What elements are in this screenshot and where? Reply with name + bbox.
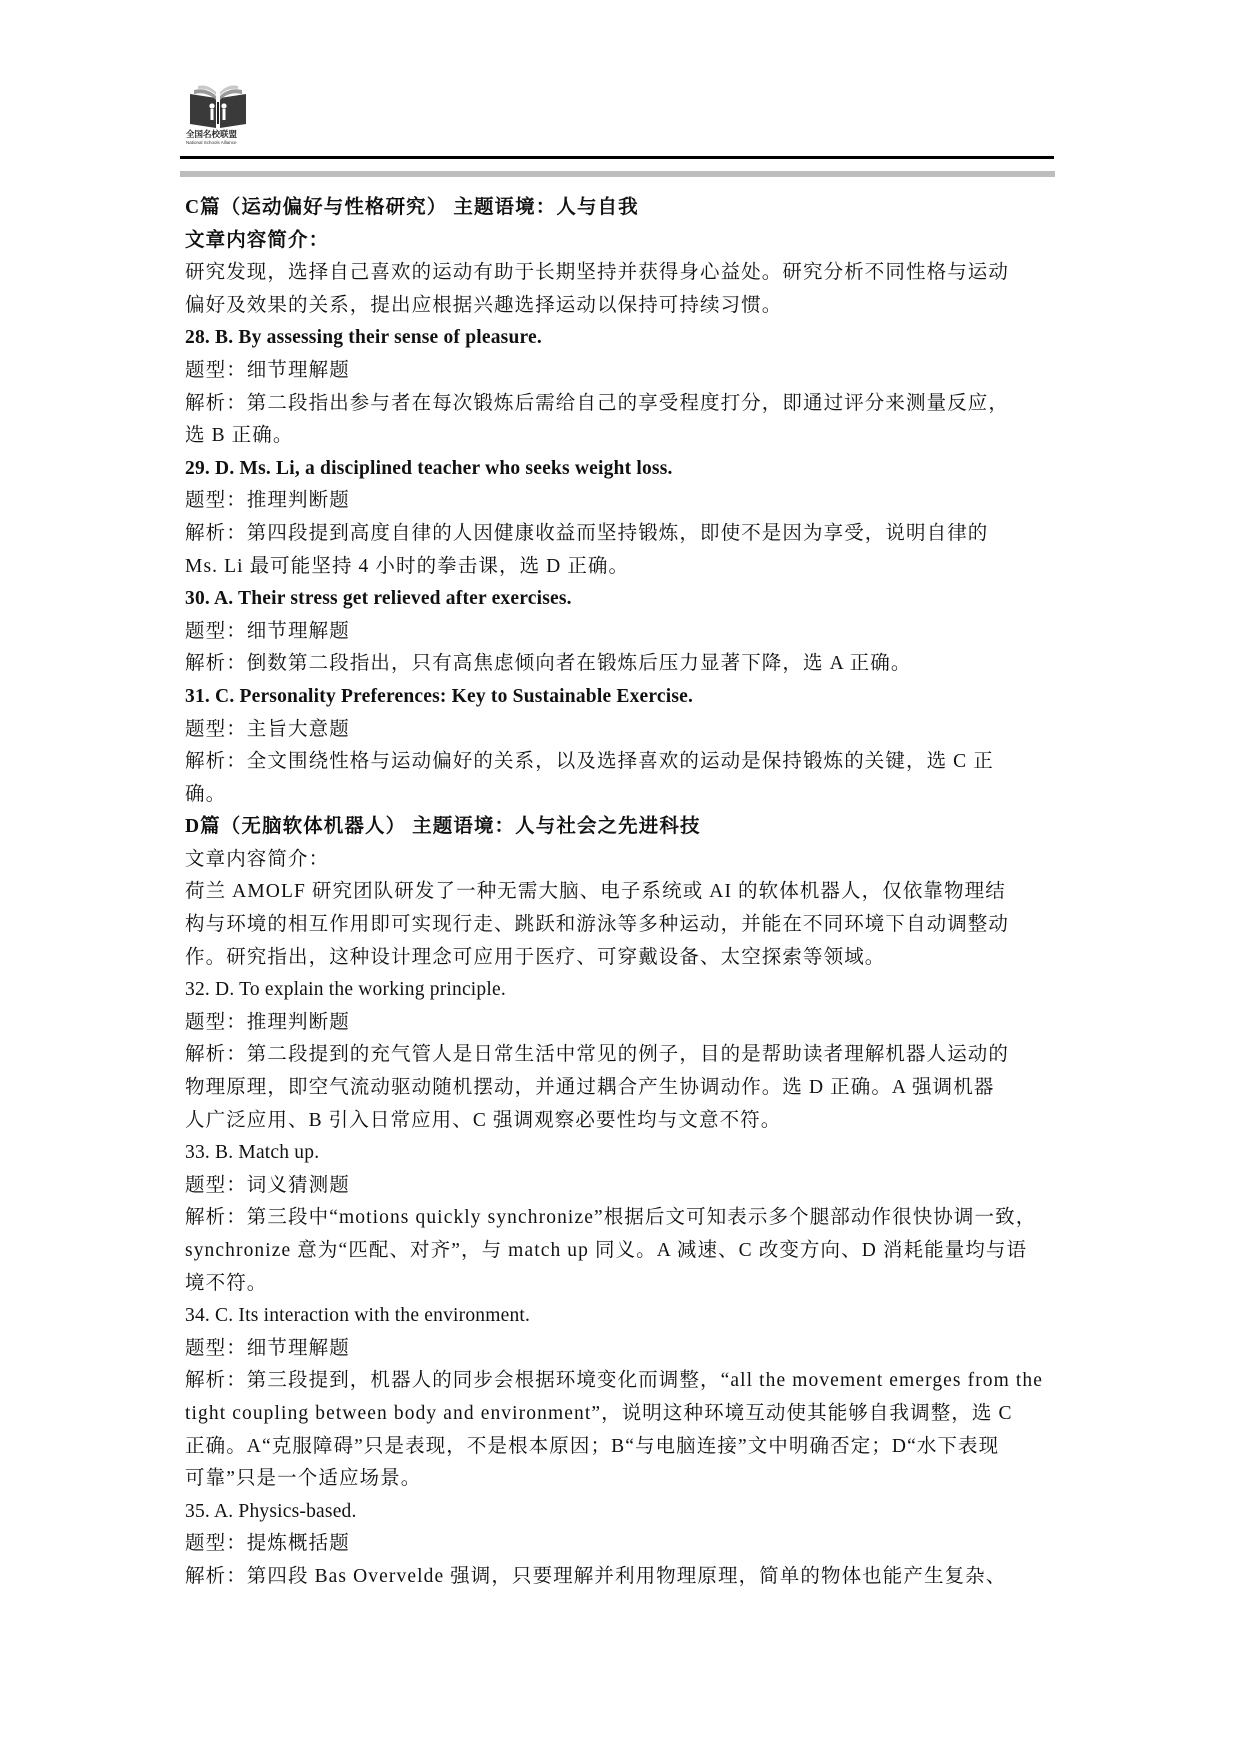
question-34: 34. C. Its interaction with the environm…	[185, 1300, 1055, 1496]
question-30: 30. A. Their stress get relieved after e…	[185, 583, 1055, 681]
analysis-line: 物理原理，即空气流动驱动随机摆动，并通过耦合产生协调动作。选 D 正确。A 强调…	[185, 1072, 1055, 1105]
analysis-line: 解析：第三段提到，机器人的同步会根据环境变化而调整，“all the movem…	[185, 1365, 1055, 1398]
question-type: 题型：主旨大意题	[185, 714, 1055, 747]
analysis-line: synchronize 意为“匹配、对齐”，与 match up 同义。A 减速…	[185, 1235, 1055, 1268]
question-type: 题型：提炼概括题	[185, 1528, 1055, 1561]
question-35: 35. A. Physics-based. 题型：提炼概括题 解析：第四段 Ba…	[185, 1496, 1055, 1594]
summary-line: 作。研究指出，这种设计理念可应用于医疗、可穿戴设备、太空探索等领域。	[185, 942, 1055, 975]
analysis-line: 正确。A“克服障碍”只是表现，不是根本原因；B“与电脑连接”文中明确否定；D“水…	[185, 1431, 1055, 1464]
analysis-line: 人广泛应用、B 引入日常应用、C 强调观察必要性均与文意不符。	[185, 1105, 1055, 1138]
analysis-line: 解析：倒数第二段指出，只有高焦虑倾向者在锻炼后压力显著下降，选 A 正确。	[185, 648, 1055, 681]
open-book-with-people-icon	[186, 84, 250, 128]
header-rule-black	[180, 156, 1054, 159]
analysis-line: 境不符。	[185, 1268, 1055, 1301]
analysis-line: 解析：第四段提到高度自律的人因健康收益而坚持锻炼，即使不是因为享受，说明自律的	[185, 518, 1055, 551]
header-rule-grey	[180, 171, 1055, 177]
question-33: 33. B. Match up. 题型：词义猜测题 解析：第三段中“motion…	[185, 1137, 1055, 1300]
section-d: D篇（无脑软体机器人） 主题语境：人与社会之先进科技 文章内容简介： 荷兰 AM…	[185, 811, 1055, 1593]
answer-line: 31. C. Personality Preferences: Key to S…	[185, 681, 1055, 714]
analysis-line: 解析：第二段指出参与者在每次锻炼后需给自己的享受程度打分，即通过评分来测量反应，	[185, 388, 1055, 421]
analysis-line: 选 B 正确。	[185, 420, 1055, 453]
answer-line: 34. C. Its interaction with the environm…	[185, 1300, 1055, 1333]
summary-line: 偏好及效果的关系，提出应根据兴趣选择运动以保持可持续习惯。	[185, 290, 1055, 323]
question-type: 题型：词义猜测题	[185, 1170, 1055, 1203]
analysis-line: 解析：全文围绕性格与运动偏好的关系，以及选择喜欢的运动是保持锻炼的关键，选 C …	[185, 746, 1055, 779]
school-alliance-logo: 全国名校联盟 National Schools Alliance	[186, 84, 250, 150]
analysis-line: Ms. Li 最可能坚持 4 小时的拳击课，选 D 正确。	[185, 551, 1055, 584]
analysis-line: tight coupling between body and environm…	[185, 1398, 1055, 1431]
analysis-line: 解析：第三段中“motions quickly synchronize”根据后文…	[185, 1202, 1055, 1235]
summary-label: 文章内容简介：	[185, 225, 1055, 258]
summary-line: 荷兰 AMOLF 研究团队研发了一种无需大脑、电子系统或 AI 的软体机器人，仅…	[185, 876, 1055, 909]
answer-line: 30. A. Their stress get relieved after e…	[185, 583, 1055, 616]
analysis-line: 确。	[185, 779, 1055, 812]
logo-name-cn: 全国名校联盟	[186, 128, 250, 140]
logo-name-en: National Schools Alliance	[186, 140, 256, 145]
question-type: 题型：推理判断题	[185, 1007, 1055, 1040]
section-c: C篇（运动偏好与性格研究） 主题语境：人与自我 文章内容简介： 研究发现，选择自…	[185, 192, 1055, 811]
section-title: C篇（运动偏好与性格研究） 主题语境：人与自我	[185, 192, 1055, 225]
question-type: 题型：细节理解题	[185, 616, 1055, 649]
summary-line: 研究发现，选择自己喜欢的运动有助于长期坚持并获得身心益处。研究分析不同性格与运动	[185, 257, 1055, 290]
question-28: 28. B. By assessing their sense of pleas…	[185, 322, 1055, 452]
analysis-line: 解析：第二段提到的充气管人是日常生活中常见的例子，目的是帮助读者理解机器人运动的	[185, 1039, 1055, 1072]
answer-line: 33. B. Match up.	[185, 1137, 1055, 1170]
question-type: 题型：推理判断题	[185, 485, 1055, 518]
analysis-line: 可靠”只是一个适应场景。	[185, 1463, 1055, 1496]
answer-key-content: C篇（运动偏好与性格研究） 主题语境：人与自我 文章内容简介： 研究发现，选择自…	[185, 192, 1055, 1594]
question-29: 29. D. Ms. Li, a disciplined teacher who…	[185, 453, 1055, 583]
analysis-line: 解析：第四段 Bas Overvelde 强调，只要理解并利用物理原理，简单的物…	[185, 1561, 1055, 1594]
question-type: 题型：细节理解题	[185, 1333, 1055, 1366]
question-32: 32. D. To explain the working principle.…	[185, 974, 1055, 1137]
question-31: 31. C. Personality Preferences: Key to S…	[185, 681, 1055, 811]
summary-line: 构与环境的相互作用即可实现行走、跳跃和游泳等多种运动，并能在不同环境下自动调整动	[185, 909, 1055, 942]
document-page: 全国名校联盟 National Schools Alliance C篇（运动偏好…	[0, 0, 1241, 1754]
answer-line: 35. A. Physics-based.	[185, 1496, 1055, 1529]
section-title: D篇（无脑软体机器人） 主题语境：人与社会之先进科技	[185, 811, 1055, 844]
question-type: 题型：细节理解题	[185, 355, 1055, 388]
answer-line: 29. D. Ms. Li, a disciplined teacher who…	[185, 453, 1055, 486]
answer-line: 28. B. By assessing their sense of pleas…	[185, 322, 1055, 355]
summary-label: 文章内容简介：	[185, 844, 1055, 877]
answer-line: 32. D. To explain the working principle.	[185, 974, 1055, 1007]
